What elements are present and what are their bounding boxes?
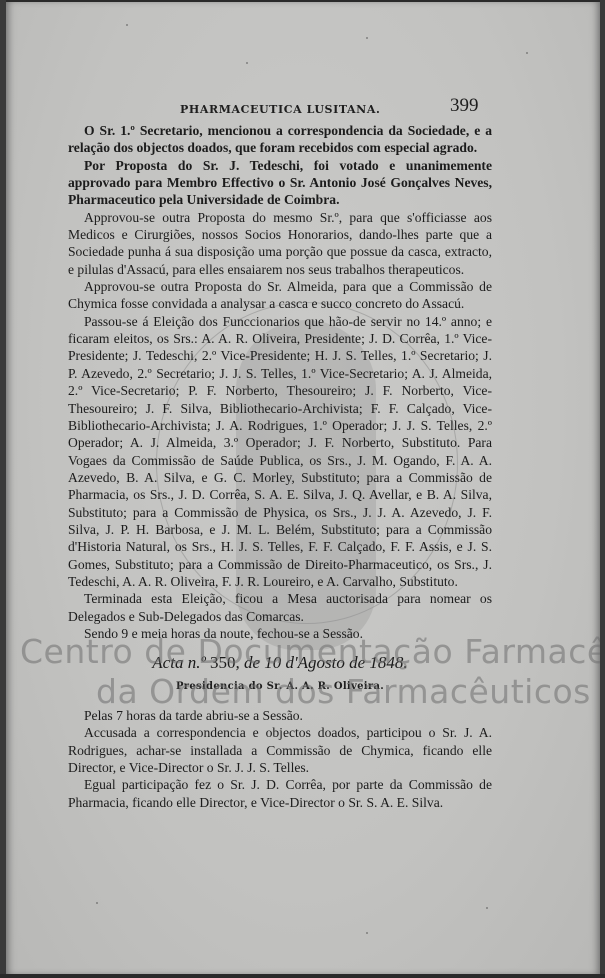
paper-speck bbox=[126, 24, 128, 26]
acta-prefix: Acta n.º bbox=[152, 653, 210, 672]
paragraph-new-member: Por Proposta do Sr. J. Tedeschi, foi vot… bbox=[68, 157, 492, 209]
paper-speck bbox=[526, 52, 528, 54]
paper-speck bbox=[96, 902, 98, 904]
page-header: PHARMACEUTICA LUSITANA. 399 bbox=[68, 95, 488, 117]
paper-speck bbox=[246, 62, 248, 64]
paragraph-session-open: Pelas 7 horas da tarde abriu-se a Sessão… bbox=[68, 707, 492, 724]
paper-speck bbox=[486, 907, 488, 909]
paragraph-assacu-proposal: Approvou-se outra Proposta do mesmo Sr.º… bbox=[68, 209, 492, 278]
scan-right-edge bbox=[600, 0, 605, 978]
page-number: 399 bbox=[450, 95, 479, 117]
paragraph-chymica-installed: Accusada a correspondencia e objectos do… bbox=[68, 724, 492, 776]
acta-suffix: , de 10 d'Agosto de 1848. bbox=[235, 653, 407, 672]
paragraph-election: Passou-se á Eleição dos Funccionarios qu… bbox=[68, 313, 492, 591]
paragraph-delegates: Terminada esta Eleição, ficou a Mesa auc… bbox=[68, 590, 492, 625]
paragraph-secretary-correspondence: O Sr. 1.º Secretario, mencionou a corres… bbox=[68, 122, 492, 157]
paper-speck bbox=[366, 932, 368, 934]
acta-presidency: Presidencia do Sr. A. A. R. Oliveira. bbox=[68, 678, 492, 695]
running-head: PHARMACEUTICA LUSITANA. bbox=[180, 103, 380, 116]
body-text: O Sr. 1.º Secretario, mencionou a corres… bbox=[68, 122, 492, 811]
document-page: PHARMACEUTICA LUSITANA. 399 O Sr. 1.º Se… bbox=[6, 2, 600, 974]
scan-bottom-edge bbox=[0, 974, 605, 978]
acta-title: Acta n.º 350, de 10 d'Agosto de 1848. bbox=[68, 654, 492, 671]
paragraph-chymica-proposal: Approvou-se outra Proposta do Sr. Almeid… bbox=[68, 278, 492, 313]
paragraph-session-close: Sendo 9 e meia horas da noute, fechou-se… bbox=[68, 625, 492, 642]
paper-speck bbox=[366, 37, 368, 39]
acta-number: 350 bbox=[210, 653, 236, 672]
paragraph-pharmacia-installed: Egual participação fez o Sr. J. D. Corrê… bbox=[68, 776, 492, 811]
